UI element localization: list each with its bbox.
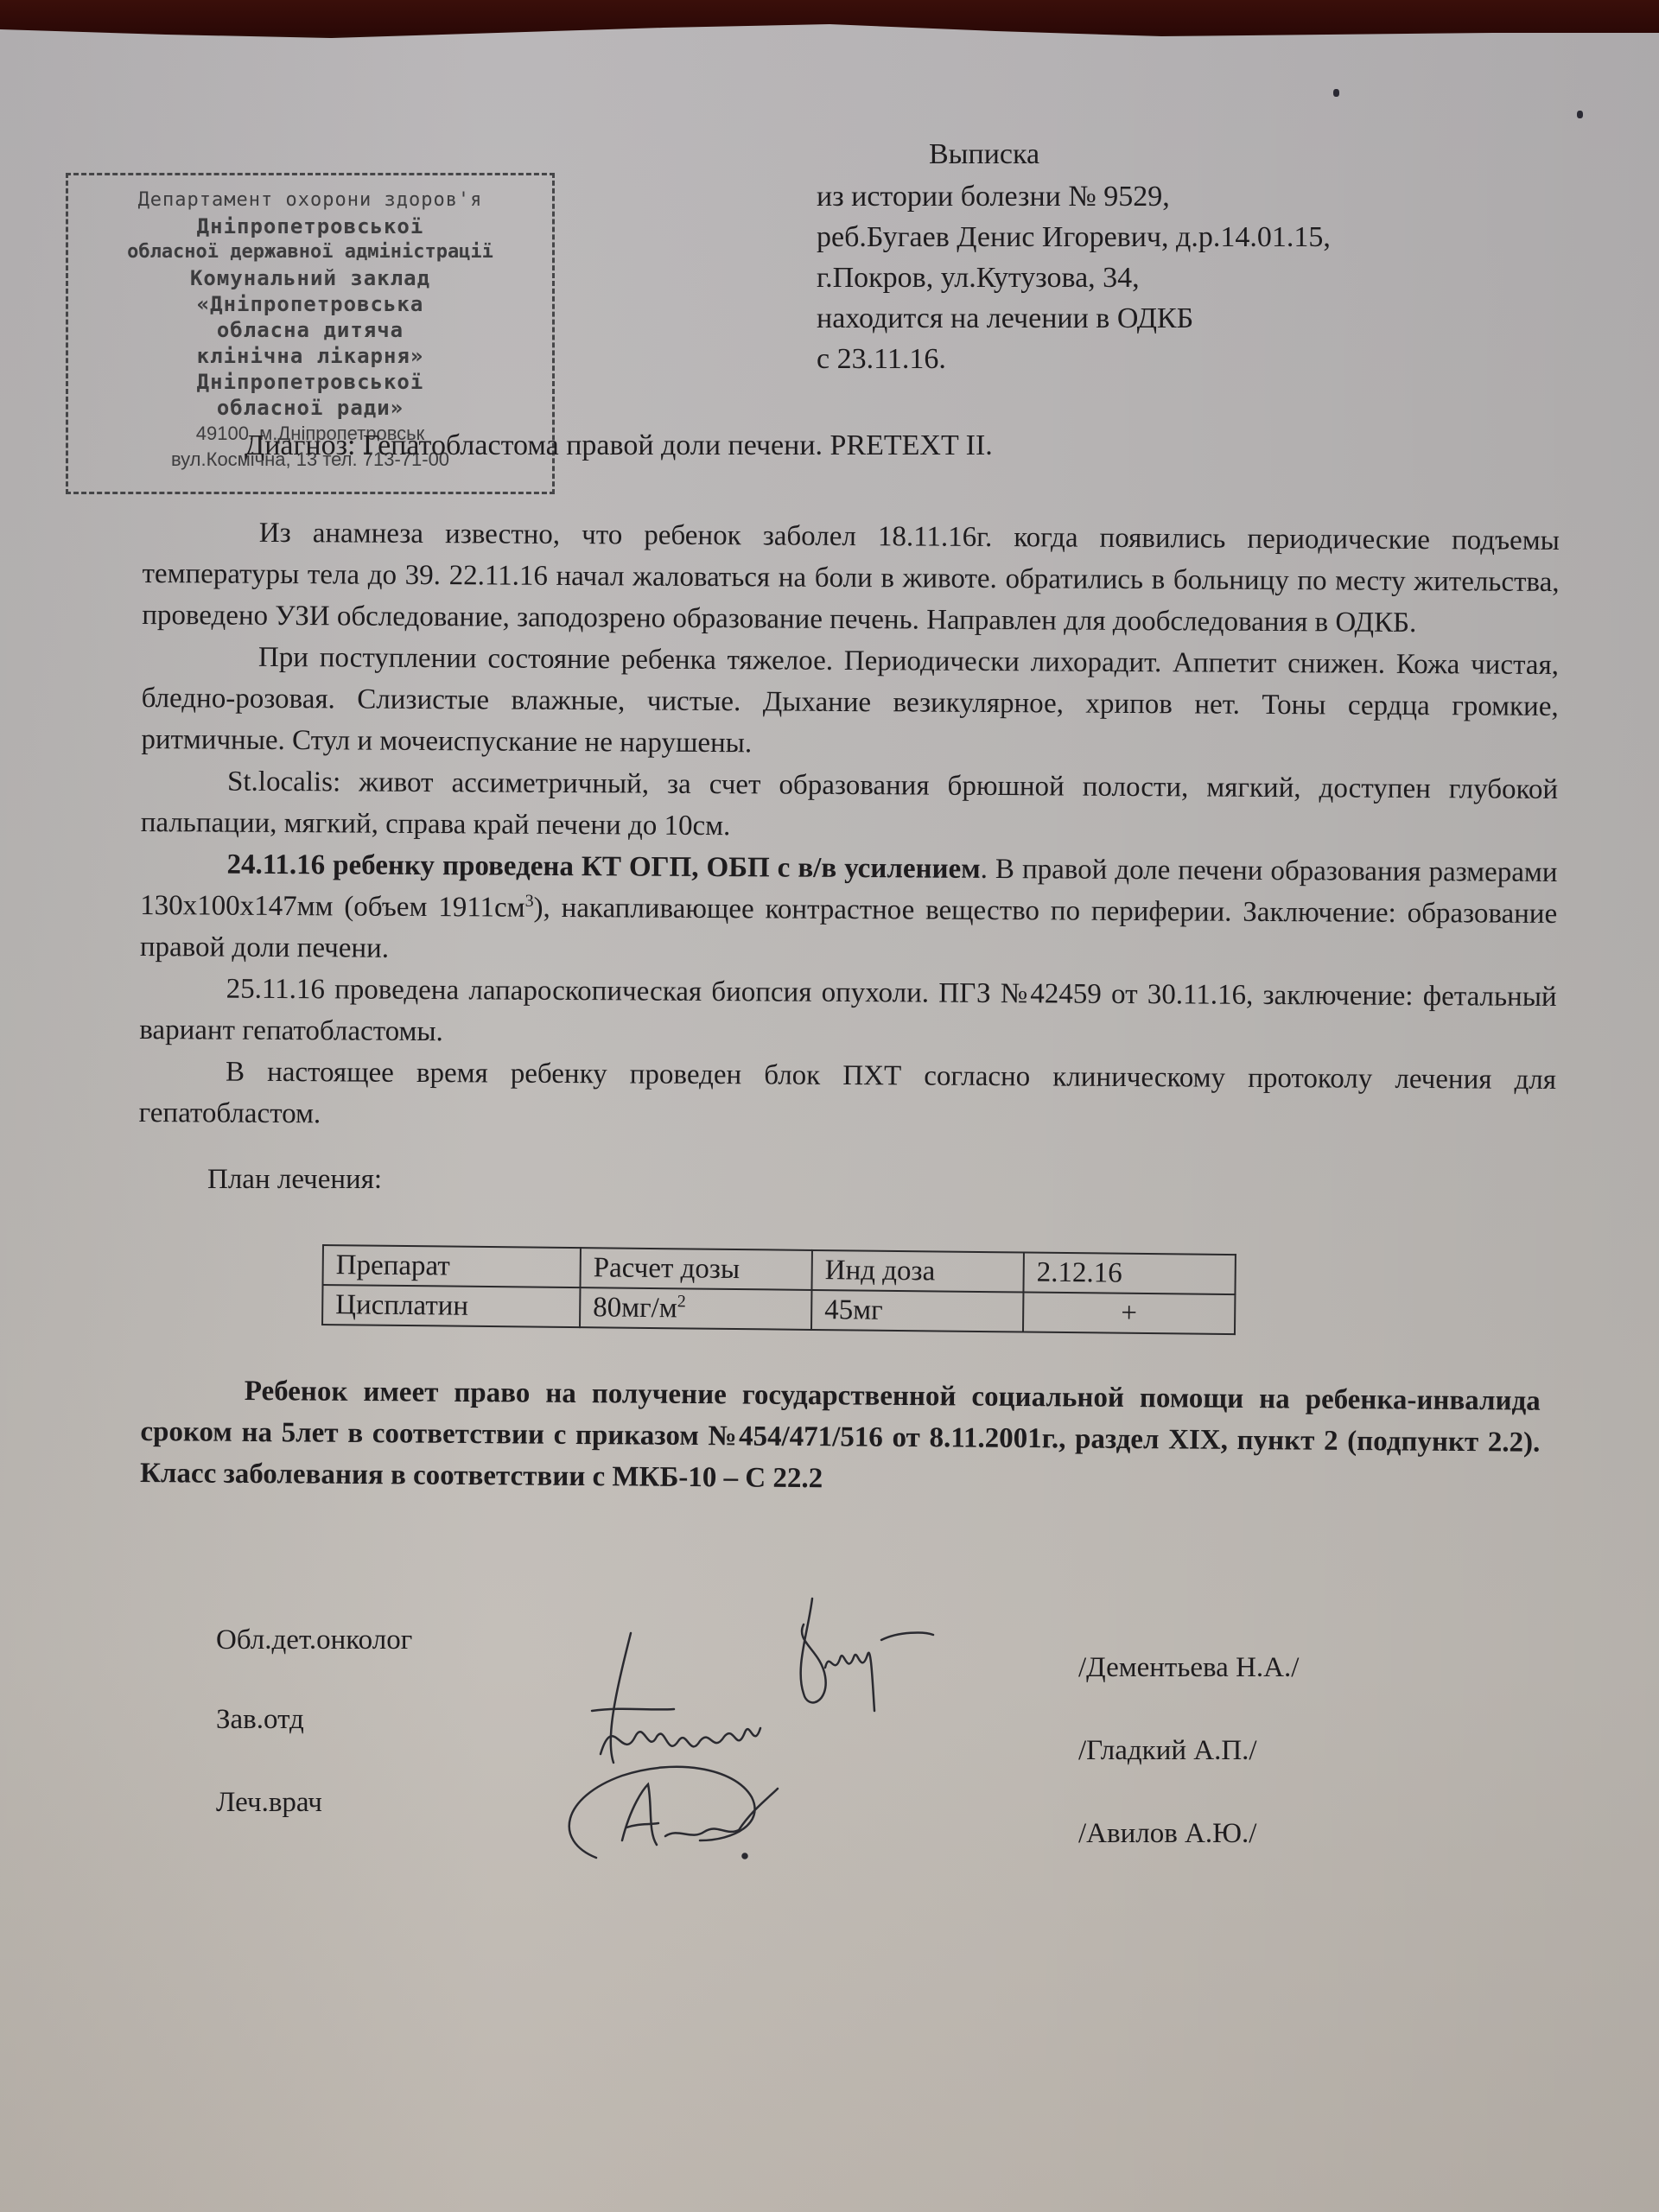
social-aid-text: Ребенок имеет право на получение государ… [140,1370,1541,1505]
status-localis-paragraph: St.localis: живот ассиметричный, за счет… [141,760,1559,852]
ink-speck [1577,111,1583,118]
signer-role: Обл.дет.онколог [216,1624,412,1656]
stamp-line: Дніпропетровської [68,369,552,395]
header-line: реб.Бугаев Денис Игоревич, д.р.14.01.15, [817,217,1331,257]
header-line: из истории болезни № 9529, [817,176,1331,217]
stamp-line: клінічна лікарня» [68,343,552,369]
treatment-table: Препарат Расчет дозы Инд доза 2.12.16 Ци… [321,1244,1236,1335]
document-header: Выписка из истории болезни № 9529, реб.Б… [817,134,1331,379]
ct-heading: 24.11.16 ребенку проведена КТ ОГП, ОБП с… [226,849,980,885]
signer-role: Леч.врач [216,1787,322,1819]
ind-dose-cell: 45мг [811,1290,1023,1332]
biopsy-paragraph: 25.11.16 проведена лапароскопическая био… [139,968,1557,1059]
handwritten-signatures [518,1581,1037,1892]
ct-superscript: 3 [525,892,534,911]
header-line: с 23.11.16. [817,339,1331,379]
ct-paragraph: 24.11.16 ребенку проведена КТ ОГП, ОБП с… [140,843,1558,976]
stamp-line: обласної ради» [68,395,552,421]
dose-calc-superscript: 2 [677,1292,686,1311]
signer-name: /Гладкий А.П./ [1078,1735,1257,1767]
stamp-line: Дніпропетровської [68,213,552,239]
ink-speck [1333,89,1339,97]
date-mark-cell: + [1023,1293,1235,1335]
admission-paragraph: При поступлении состояние ребенка тяжело… [141,636,1559,769]
signer-role: Зав.отд [216,1704,304,1736]
signer-name: /Авилов А.Ю./ [1078,1818,1256,1850]
stamp-line: Комунальний заклад [68,265,552,291]
document-title: Выписка [817,134,1331,175]
diagnosis-line: Диагноз: Гепатобластома правой доли пече… [245,429,993,462]
header-line: находится на лечении в ОДКБ [817,298,1331,339]
header-line: г.Покров, ул.Кутузова, 34, [817,257,1331,298]
table-header-cell: 2.12.16 [1023,1253,1235,1295]
signer-name: /Дементьева Н.А./ [1078,1652,1299,1684]
treatment-plan-label: План лечения: [207,1164,382,1196]
table-header-cell: Инд доза [811,1250,1023,1293]
stamp-line: «Дніпропетровська [68,291,552,317]
stamp-line: обласної державної адміністрації [68,239,552,265]
dose-calc-value: 80мг/м [593,1292,677,1324]
current-treatment-paragraph: В настоящее время ребенку проведен блок … [139,1051,1557,1142]
anamnesis-paragraph: Из анамнеза известно, что ребенок заболе… [142,512,1560,645]
dose-calc-cell: 80мг/м2 [580,1287,811,1330]
stamp-line: Департамент охорони здоров'я [68,188,552,213]
social-aid-paragraph: Ребенок имеет право на получение государ… [140,1370,1541,1505]
drug-cell: Цисплатин [322,1285,580,1327]
table-header-cell: Расчет дозы [580,1248,811,1290]
table-row: Цисплатин 80мг/м2 45мг + [322,1285,1235,1334]
table-header-cell: Препарат [323,1245,581,1287]
medical-history-body: Из анамнеза известно, что ребенок заболе… [139,512,1560,1142]
stamp-line: обласна дитяча [68,317,552,343]
